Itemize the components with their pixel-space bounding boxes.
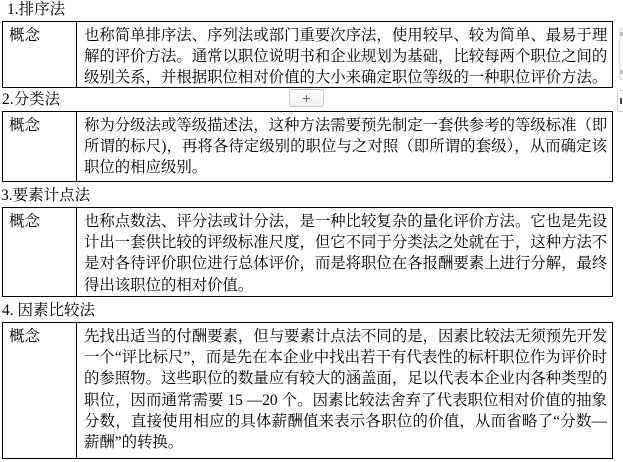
text-line: 职位，因而通常需要 15 —20 个。因素比较法舍弃了代表职位相对价值的抽象 [84, 390, 607, 411]
edge-partial-scroll-control[interactable] [619, 28, 623, 80]
concept-table-3: 概念 也称点数法、评分法或计分法，是一种比较复杂的量化评价方法。它也是先设 计出… [2, 207, 613, 297]
concept-table-1: 概念 也称简单排序法、序列法或部门重要次序法，使用较早、较为简单、最易于理 解的… [2, 21, 613, 88]
concept-label-cell: 概念 [3, 208, 77, 296]
edge-button-glyph-icon [620, 98, 622, 104]
text-line: 的参照物。这些职位的数量应有较大的涵盖面，足以代表本企业内各种类型的 [84, 368, 607, 389]
concept-label-cell: 概念 [3, 112, 77, 181]
concept-text-cell: 称为分级法或等级描述法，这种方法需要预先制定一套供参考的等级标准（即 所谓的标尺… [77, 112, 612, 181]
section-1-heading: 1.排序法 [7, 1, 65, 18]
text-line: 计出一套供比较的评级标准尺度，但它不同于分类法之处就在于，这种方法不 [84, 232, 607, 253]
text-line: 薪酬”的转换。 [84, 432, 607, 453]
section-3-heading: 3.要素计点法 [1, 187, 90, 204]
text-line: 分数，直接使用相应的具体薪酬值来表示各职位的价值，从而省略了“分数— [84, 411, 607, 432]
text-line: 职位的相应级别。 [84, 157, 607, 178]
section-4-heading: 4. 因素比较法 [2, 302, 95, 319]
text-line: 是对各待评价职位进行总体评价，而是将职位在各报酬要素上进行分解，最终 [84, 253, 607, 274]
text-line: 所谓的标尺)，再将各待定级别的职位与之对照（即所谓的套级），从而确定该 [84, 136, 607, 157]
text-line: 一个“评比标尺”，而是先在本企业中找出若干有代表性的标杆职位作为评价时 [84, 347, 607, 368]
concept-label-cell: 概念 [3, 323, 77, 458]
text-line: 称为分级法或等级描述法，这种方法需要预先制定一套供参考的等级标准（即 [84, 115, 607, 136]
text-line: 得出该职位的相对价值。 [84, 275, 607, 296]
document-page: 1.排序法 概念 也称简单排序法、序列法或部门重要次序法，使用较早、较为简单、最… [0, 0, 623, 462]
concept-text-cell: 也称点数法、评分法或计分法，是一种比较复杂的量化评价方法。它也是先设 计出一套供… [77, 208, 612, 296]
edge-partial-button[interactable] [617, 90, 623, 112]
concept-table-2: 概念 称为分级法或等级描述法，这种方法需要预先制定一套供参考的等级标准（即 所谓… [2, 111, 613, 182]
section-2-heading: 2.分类法 [2, 91, 60, 108]
text-line: 也称简单排序法、序列法或部门重要次序法，使用较早、较为简单、最易于理 [84, 25, 607, 46]
concept-label: 概念 [9, 27, 40, 44]
concept-label: 概念 [9, 213, 40, 230]
concept-table-4: 概念 先找出适当的付酬要素，但与要素计点法不同的是，因素比较法无须预先开发 一个… [2, 322, 613, 459]
text-line: 先找出适当的付酬要素，但与要素计点法不同的是，因素比较法无须预先开发 [84, 326, 607, 347]
concept-text-cell: 也称简单排序法、序列法或部门重要次序法，使用较早、较为简单、最易于理 解的评价方… [77, 22, 612, 87]
insert-plus-button[interactable]: + [289, 89, 324, 107]
text-line: 解的评价方法。通常以职位说明书和企业规划为基础，比较每两个职位之间的 [84, 46, 607, 67]
concept-label: 概念 [9, 328, 40, 345]
concept-text-cell: 先找出适当的付酬要素，但与要素计点法不同的是，因素比较法无须预先开发 一个“评比… [77, 323, 612, 458]
concept-label: 概念 [9, 117, 40, 134]
concept-label-cell: 概念 [3, 22, 77, 87]
text-line: 级别关系，并根据职位相对价值的大小来确定职位等级的一种职位评价方法。 [84, 67, 607, 87]
text-line: 也称点数法、评分法或计分法，是一种比较复杂的量化评价方法。它也是先设 [84, 211, 607, 232]
